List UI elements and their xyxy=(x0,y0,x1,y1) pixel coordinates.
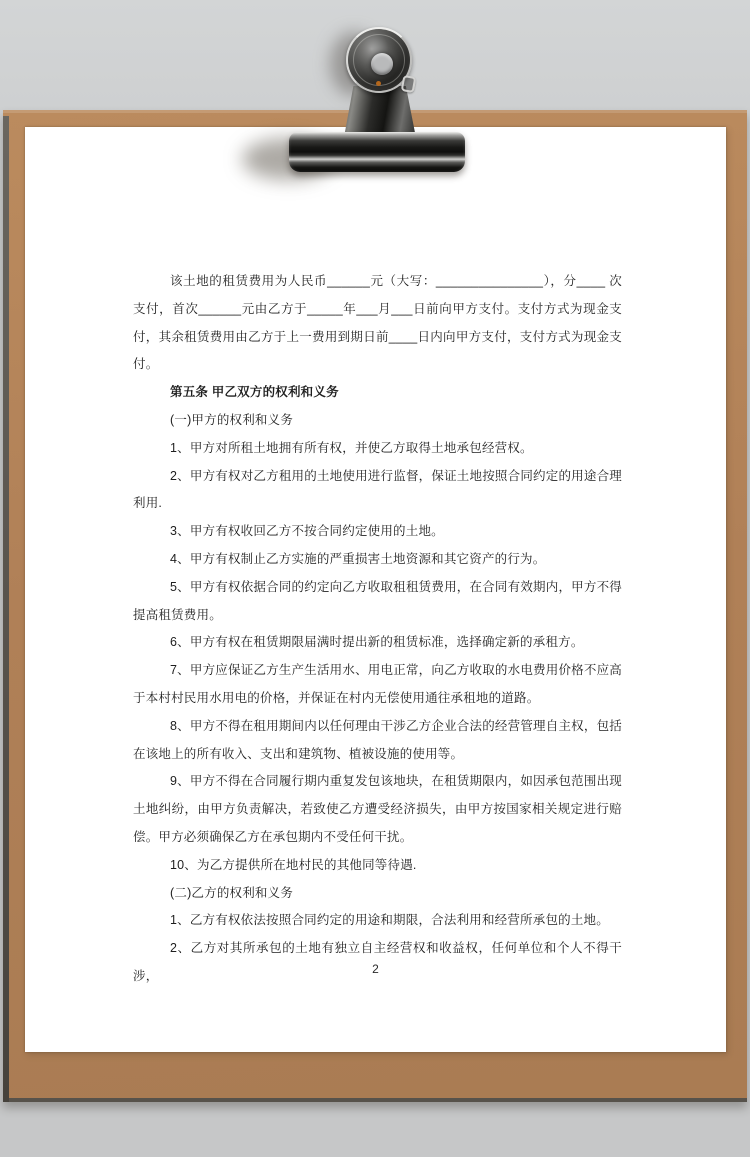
contract-item-a4: 4、甲方有权制止乙方实施的严重损害土地资源和其它资产的行为。 xyxy=(133,546,622,574)
contract-paragraph-payment-terms: 该土地的租赁费用为人民币______元（大写：_______________），… xyxy=(133,268,622,379)
contract-item-a6: 6、甲方有权在租赁期限届满时提出新的租赁标准，选择确定新的承租方。 xyxy=(133,629,622,657)
contract-item-a1: 1、甲方对所租土地拥有所有权，并使乙方取得土地承包经营权。 xyxy=(133,435,622,463)
clipboard-photo-scene: 该土地的租赁费用为人民币______元（大写：_______________），… xyxy=(0,0,750,1157)
contract-item-a7: 7、甲方应保证乙方生产生活用水、用电正常，向乙方收取的水电费用价格不应高于本村村… xyxy=(133,657,622,713)
clip-reflection-dot-icon xyxy=(376,81,381,86)
contract-paper-page: 该土地的租赁费用为人民币______元（大写：_______________），… xyxy=(25,127,726,1052)
contract-item-a2: 2、甲方有权对乙方租用的土地使用进行监督，保证土地按照合同约定的用途合理利用. xyxy=(133,463,622,519)
contract-item-a10: 10、为乙方提供所在地村民的其他同等待遇. xyxy=(133,852,622,880)
contract-item-a9: 9、甲方不得在合同履行期内重复发包该地块，在租赁期限内，如因承包范围出现土地纠纷… xyxy=(133,768,622,851)
contract-text-block: 该土地的租赁费用为人民币______元（大写：_______________），… xyxy=(133,268,622,991)
contract-item-a3: 3、甲方有权收回乙方不按合同约定使用的土地。 xyxy=(133,518,622,546)
section-heading-party-b: (二)乙方的权利和义务 xyxy=(133,880,622,908)
binder-clip-bar xyxy=(289,132,465,172)
contract-item-a8: 8、甲方不得在租用期间内以任何理由干涉乙方企业合法的经营管理自主权，包括在该地上… xyxy=(133,713,622,769)
clip-knob-hole xyxy=(371,53,393,75)
page-number: 2 xyxy=(25,962,726,976)
section-heading-party-a: (一)甲方的权利和义务 xyxy=(133,407,622,435)
binder-clip-lever xyxy=(401,75,417,93)
contract-item-a5: 5、甲方有权依据合同的约定向乙方收取租租赁费用，在合同有效期内，甲方不得提高租赁… xyxy=(133,574,622,630)
clause-heading-article-5: 第五条 甲乙双方的权利和义务 xyxy=(133,379,622,407)
contract-item-b1: 1、乙方有权依法按照合同约定的用途和期限，合法利用和经营所承包的土地。 xyxy=(133,907,622,935)
